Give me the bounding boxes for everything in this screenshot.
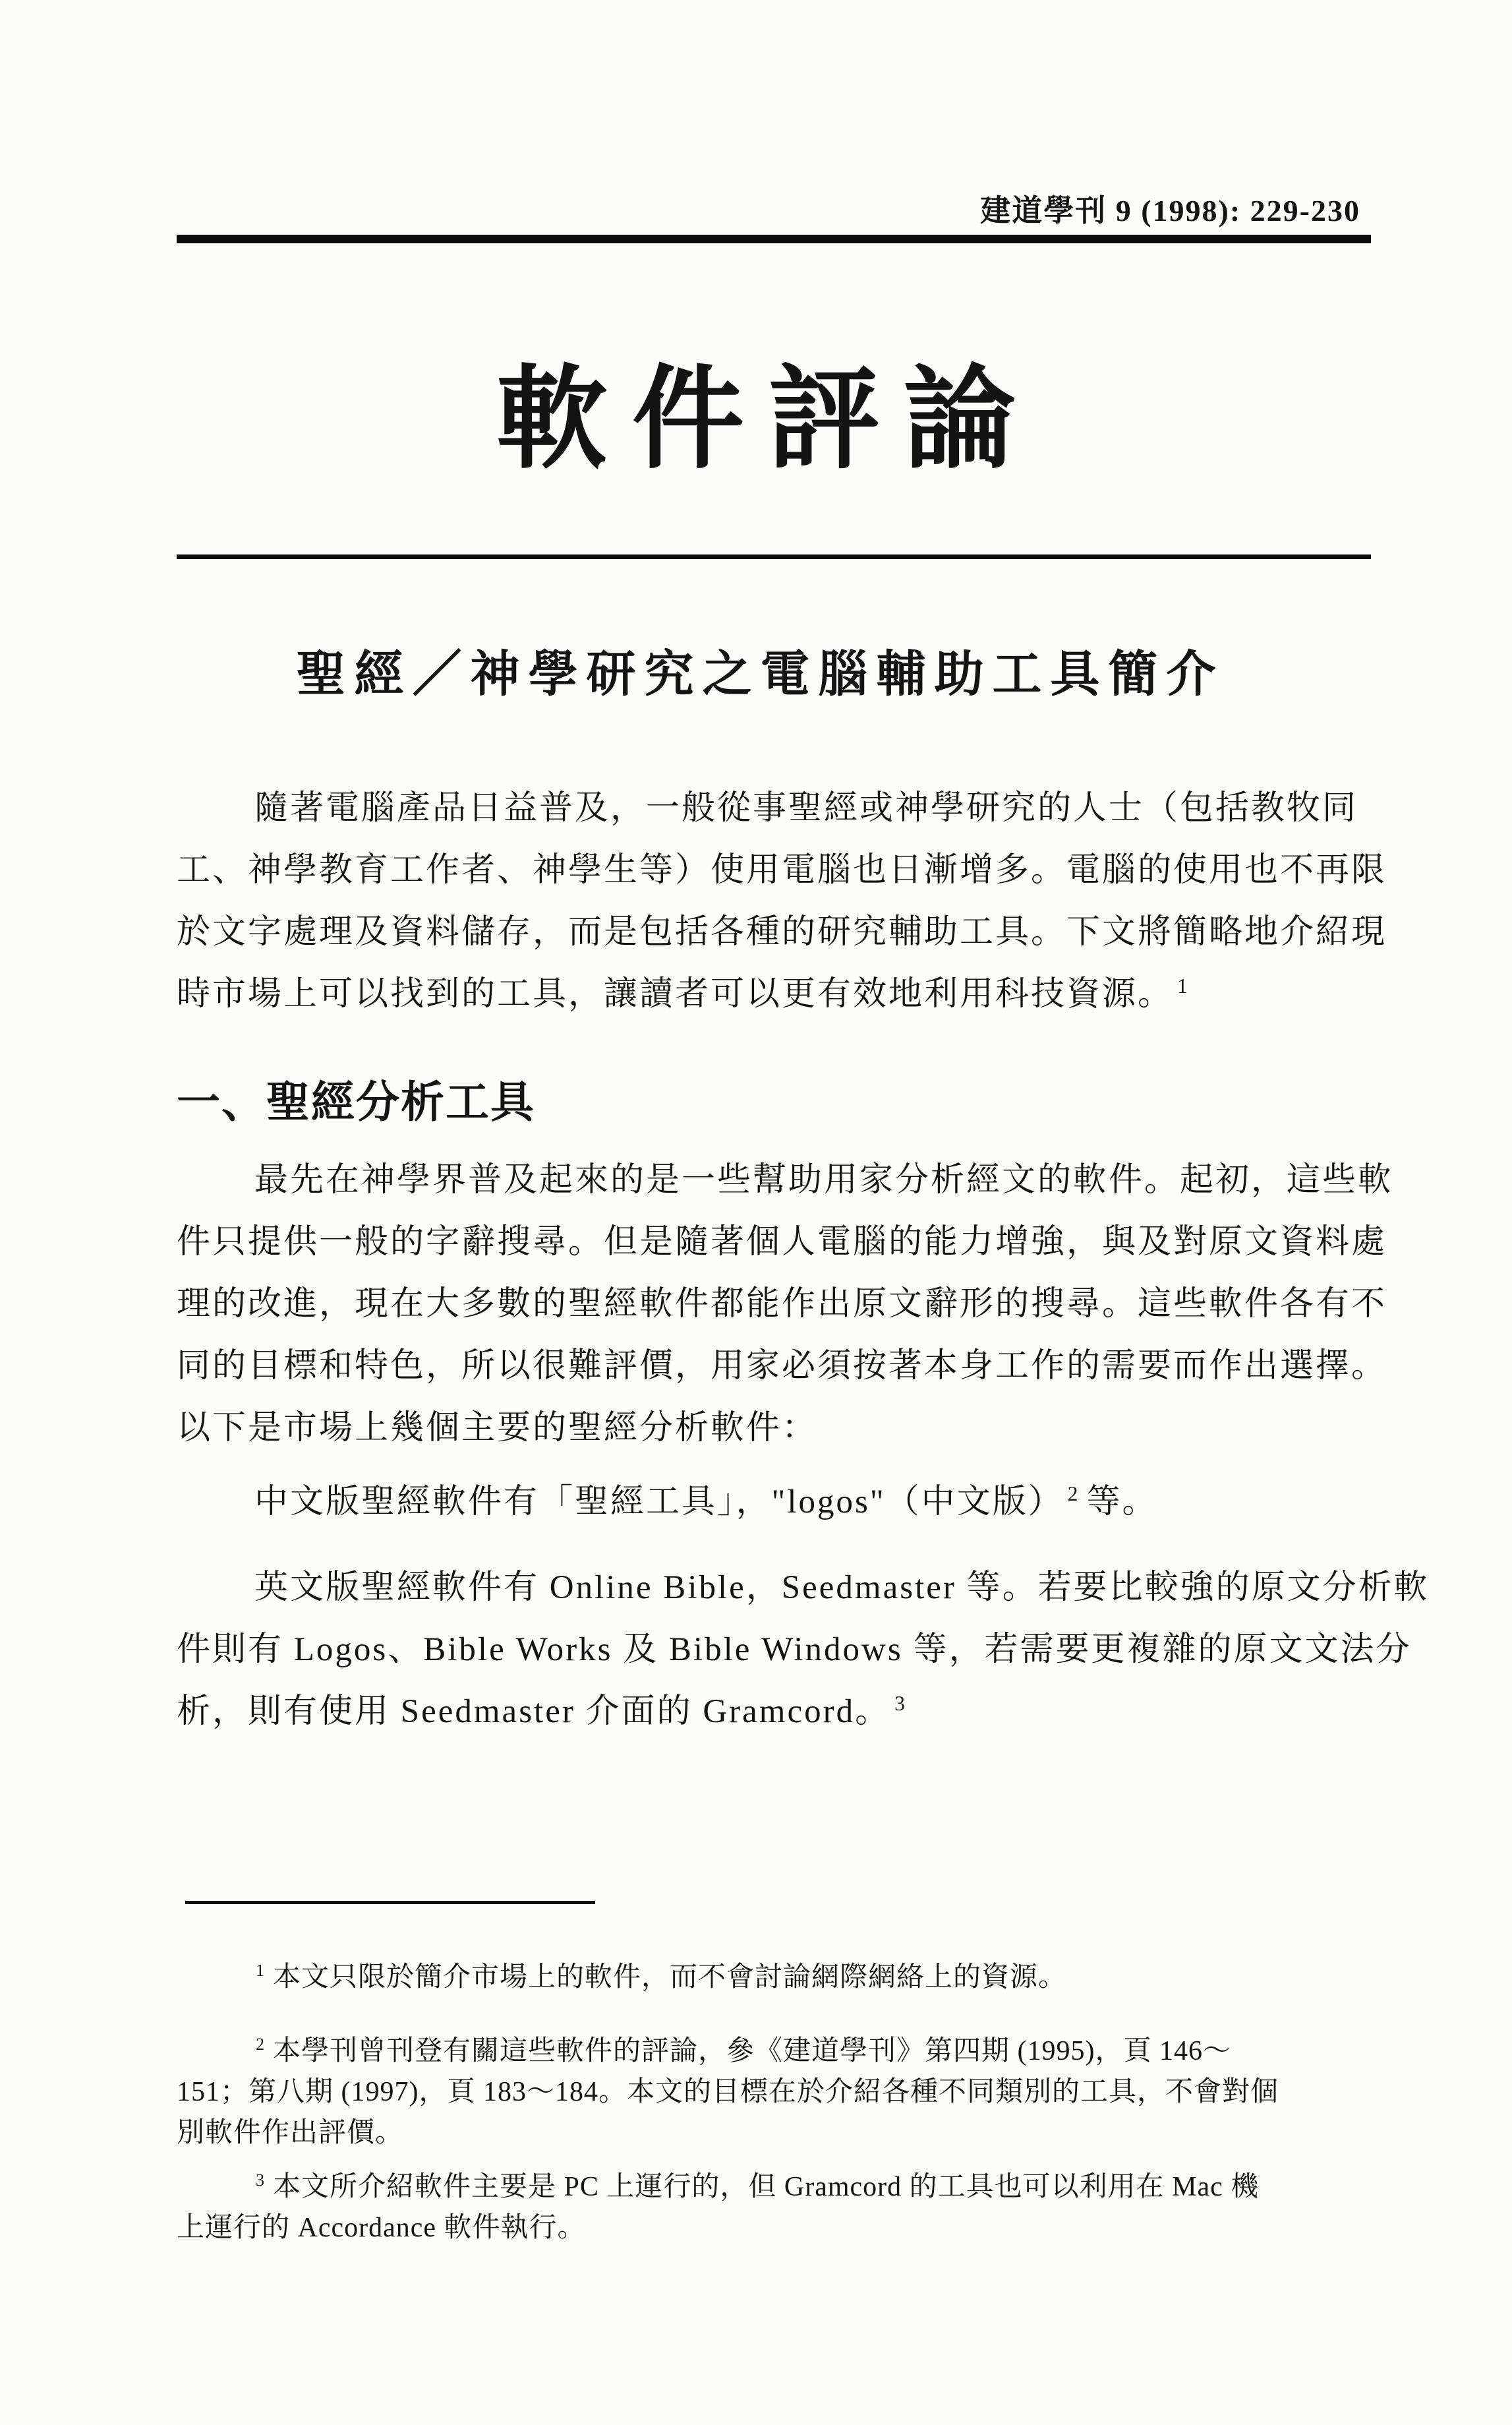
text-segment: 等。 xyxy=(1086,1483,1157,1520)
text-segment: 本文所介紹軟件主要是 PC 上運行的，但 Gramcord 的工具也可以利用在 … xyxy=(273,2172,1259,2202)
text-line: 於文字處理及資料儲存，而是包括各種的研究輔助工具。下文將簡略地介紹現 xyxy=(177,901,1376,963)
footnote-marker-2: 2 xyxy=(1068,1482,1080,1505)
text-line: 別軟件作出評價。 xyxy=(177,2112,1379,2153)
scanned-journal-page: 建道學刊 9 (1998): 229-230 軟件評論 聖經／神學研究之電腦輔助… xyxy=(0,0,1512,2425)
text-line: 以下是市場上幾個主要的聖經分析軟件： xyxy=(177,1397,1376,1459)
text-line: 件則有 Logos、Bible Works 及 Bible Windows 等，… xyxy=(177,1619,1376,1681)
text-line: 1本文只限於簡介市場上的軟件，而不會討論網際網絡上的資源。 xyxy=(177,1957,1379,1998)
footnote-2: 2本學刊曾刊登有關這些軟件的評論，參《建道學刊》第四期 (1995)，頁 146… xyxy=(177,2031,1379,2153)
text-line: 隨著電腦產品日益普及，一般從事聖經或神學研究的人士（包括教牧同 xyxy=(177,777,1376,839)
text-line: 析，則有使用 Seedmaster 介面的 Gramcord。3 xyxy=(177,1681,1376,1743)
footnote-number-1: 1 xyxy=(256,1961,265,1980)
text-line: 工、神學教育工作者、神學生等）使用電腦也日漸增多。電腦的使用也不再限 xyxy=(177,839,1376,901)
article-title: 聖經／神學研究之電腦輔助工具簡介 xyxy=(0,635,1512,705)
text-line: 最先在神學界普及起來的是一些幫助用家分析經文的軟件。起初，這些軟 xyxy=(177,1149,1376,1211)
section-heading: 一、聖經分析工具 xyxy=(177,1067,535,1129)
chinese-software-paragraph: 中文版聖經軟件有「聖經工具」，"logos"（中文版）2等。 xyxy=(177,1471,1376,1533)
analysis-paragraph: 最先在神學界普及起來的是一些幫助用家分析經文的軟件。起初，這些軟 件只提供一般的… xyxy=(177,1149,1376,1459)
text-line: 3本文所介紹軟件主要是 PC 上運行的，但 Gramcord 的工具也可以利用在… xyxy=(177,2167,1379,2207)
header-rule xyxy=(177,235,1371,243)
text-segment: 中文版聖經軟件有「聖經工具」，"logos"（中文版） xyxy=(254,1483,1064,1520)
text-line: 同的目標和特色，所以很難評價，用家必須按著本身工作的需要而作出選擇。 xyxy=(177,1335,1376,1397)
footnote-marker-3: 3 xyxy=(894,1692,907,1715)
intro-paragraph: 隨著電腦產品日益普及，一般從事聖經或神學研究的人士（包括教牧同 工、神學教育工作… xyxy=(177,777,1376,1025)
text-line: 理的改進，現在大多數的聖經軟件都能作出原文辭形的搜尋。這些軟件各有不 xyxy=(177,1273,1376,1335)
title-rule xyxy=(177,554,1371,559)
text-segment: 本文只限於簡介市場上的軟件，而不會討論網際網絡上的資源。 xyxy=(273,1962,1066,1992)
text-line: 英文版聖經軟件有 Online Bible，Seedmaster 等。若要比較強… xyxy=(177,1557,1376,1619)
text-segment: 析，則有使用 Seedmaster 介面的 Gramcord。 xyxy=(177,1693,890,1730)
footnote-separator xyxy=(185,1901,595,1904)
footnote-3: 3本文所介紹軟件主要是 PC 上運行的，但 Gramcord 的工具也可以利用在… xyxy=(177,2167,1379,2248)
text-segment: 本學刊曾刊登有關這些軟件的評論，參《建道學刊》第四期 (1995)，頁 146～ xyxy=(273,2036,1231,2066)
page-title: 軟件評論 xyxy=(0,328,1512,490)
text-line: 時市場上可以找到的工具，讓讀者可以更有效地利用科技資源。1 xyxy=(177,963,1376,1025)
text-line: 中文版聖經軟件有「聖經工具」，"logos"（中文版）2等。 xyxy=(177,1471,1376,1533)
text-line: 件只提供一般的字辭搜尋。但是隨著個人電腦的能力增強，與及對原文資料處 xyxy=(177,1211,1376,1273)
footnote-number-2: 2 xyxy=(256,2035,265,2054)
text-line: 151；第八期 (1997)，頁 183～184。本文的目標在於介紹各種不同類別… xyxy=(177,2072,1379,2112)
text-line: 上運行的 Accordance 軟件執行。 xyxy=(177,2207,1379,2248)
english-software-paragraph: 英文版聖經軟件有 Online Bible，Seedmaster 等。若要比較強… xyxy=(177,1557,1376,1743)
footnote-number-3: 3 xyxy=(256,2171,265,2190)
footnote-marker-1: 1 xyxy=(1177,974,1190,998)
text-line: 2本學刊曾刊登有關這些軟件的評論，參《建道學刊》第四期 (1995)，頁 146… xyxy=(177,2031,1379,2072)
journal-citation: 建道學刊 9 (1998): 229-230 xyxy=(980,187,1360,230)
text-segment: 時市場上可以找到的工具，讓讀者可以更有效地利用科技資源。 xyxy=(177,976,1173,1013)
footnote-1: 1本文只限於簡介市場上的軟件，而不會討論網際網絡上的資源。 xyxy=(177,1957,1379,1998)
